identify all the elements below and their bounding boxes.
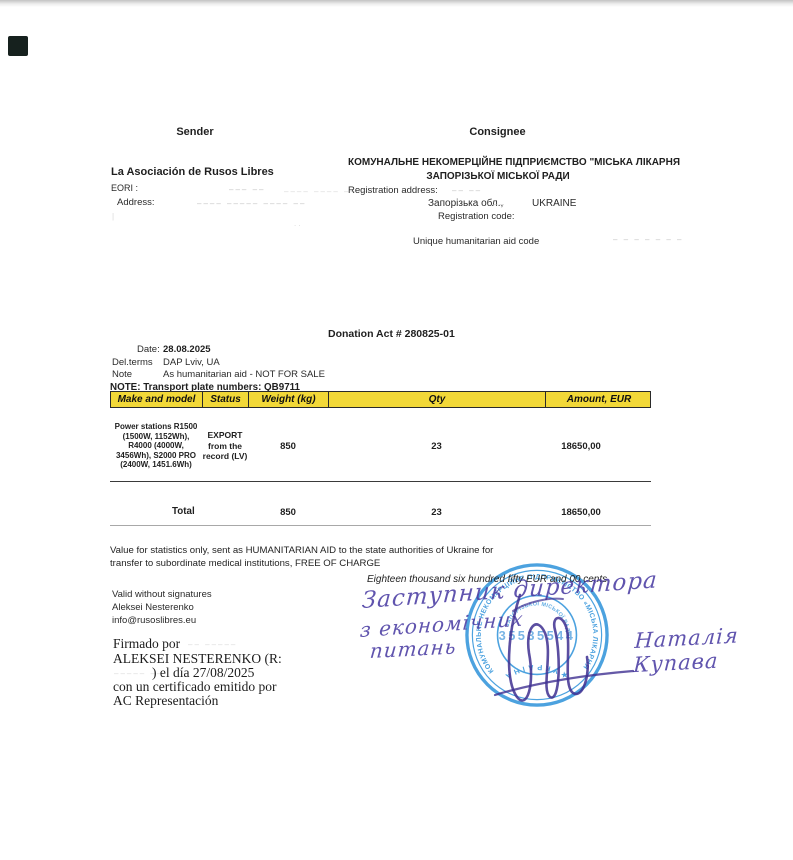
table-row-divider — [110, 481, 651, 482]
handwritten-signature — [455, 575, 655, 725]
total-qty: 23 — [328, 505, 545, 519]
handwritten-name: Наталія Купава — [633, 621, 793, 678]
registration-address-redaction: –– –– — [452, 186, 482, 195]
delterms-label: Del.terms — [112, 357, 153, 368]
sender-stray-mark-2: .. — [294, 219, 302, 228]
consignee-header: Consignee — [450, 126, 545, 138]
total-weight: 850 — [248, 505, 328, 519]
col-header-amount: Amount, EUR — [546, 392, 652, 407]
sender-stray-mark: | — [112, 212, 116, 221]
consignee-name-line2: ЗАПОРІЗЬКОЇ МІСЬКОЇ РАДИ — [348, 171, 648, 182]
act-title: Donation Act # 280825-01 — [328, 328, 440, 340]
note-label: Note — [112, 369, 132, 380]
col-header-qty: Qty — [329, 392, 546, 407]
col-header-status: Status — [203, 392, 249, 407]
total-amount: 18650,00 — [545, 505, 651, 519]
scan-edge-shade — [0, 0, 793, 7]
cell-amount: 18650,00 — [545, 412, 651, 480]
document-page: Sender Consignee La Asociación de Rusos … — [0, 0, 793, 860]
consignee-name-line1: КОМУНАЛЬНЕ НЕКОМЕРЦІЙНЕ ПІДПРИЄМСТВО "МІ… — [348, 157, 648, 168]
valid-without-signatures: Valid without signatures — [112, 589, 212, 600]
firmado-line5: AC Representación — [113, 693, 218, 709]
firmado-line1-redaction: –– ––––– — [188, 640, 237, 649]
delterms-value: DAP Lviv, UA — [163, 357, 220, 368]
corner-artifact — [8, 36, 28, 56]
date-label: Date: — [137, 344, 160, 355]
sender-eori-label: EORI : — [111, 183, 138, 193]
sender-name: La Asociación de Rusos Libres — [111, 166, 274, 178]
firmado-line1: Firmado por — [113, 636, 180, 652]
sender-eori-redaction: ––– –– — [229, 185, 265, 194]
cell-weight: 850 — [248, 412, 328, 480]
sender-address-label: Address: — [117, 197, 155, 208]
date-value: 28.08.2025 — [163, 344, 211, 355]
statistics-note: Value for statistics only, sent as HUMAN… — [110, 545, 518, 571]
cell-make: Power stations R1500 (1500W, 1152Wh), R4… — [110, 412, 202, 480]
aid-code-label: Unique humanitarian aid code — [413, 236, 539, 247]
consignee-address-redaction: –– — [493, 200, 506, 209]
cell-status: EXPORT from the record (LV) — [202, 412, 248, 480]
registration-address-label: Registration address: — [348, 185, 438, 196]
signature-strokes — [455, 575, 655, 725]
handwritten-title-line3: питань — [369, 634, 458, 663]
contact-email: info@rusoslibres.eu — [112, 615, 196, 626]
total-row: 850 23 18650,00 — [110, 505, 651, 519]
sender-header: Sender — [160, 126, 230, 138]
contact-name: Aleksei Nesterenko — [112, 602, 194, 613]
aid-code-redaction: – – – – – – – — [613, 235, 683, 244]
col-header-make: Make and model — [111, 392, 203, 407]
registration-code-label: Registration code: — [438, 211, 515, 222]
table-header-row: Make and model Status Weight (kg) Qty Am… — [110, 391, 651, 408]
cell-qty: 23 — [328, 412, 545, 480]
note-value: As humanitarian aid - NOT FOR SALE — [163, 369, 325, 380]
sender-address-redaction: –––– ––––– –––– –– — [197, 199, 306, 208]
total-divider — [110, 525, 651, 526]
col-header-weight: Weight (kg) — [249, 392, 329, 407]
table-row: Power stations R1500 (1500W, 1152Wh), R4… — [110, 412, 651, 480]
consignee-country: UKRAINE — [532, 198, 576, 209]
